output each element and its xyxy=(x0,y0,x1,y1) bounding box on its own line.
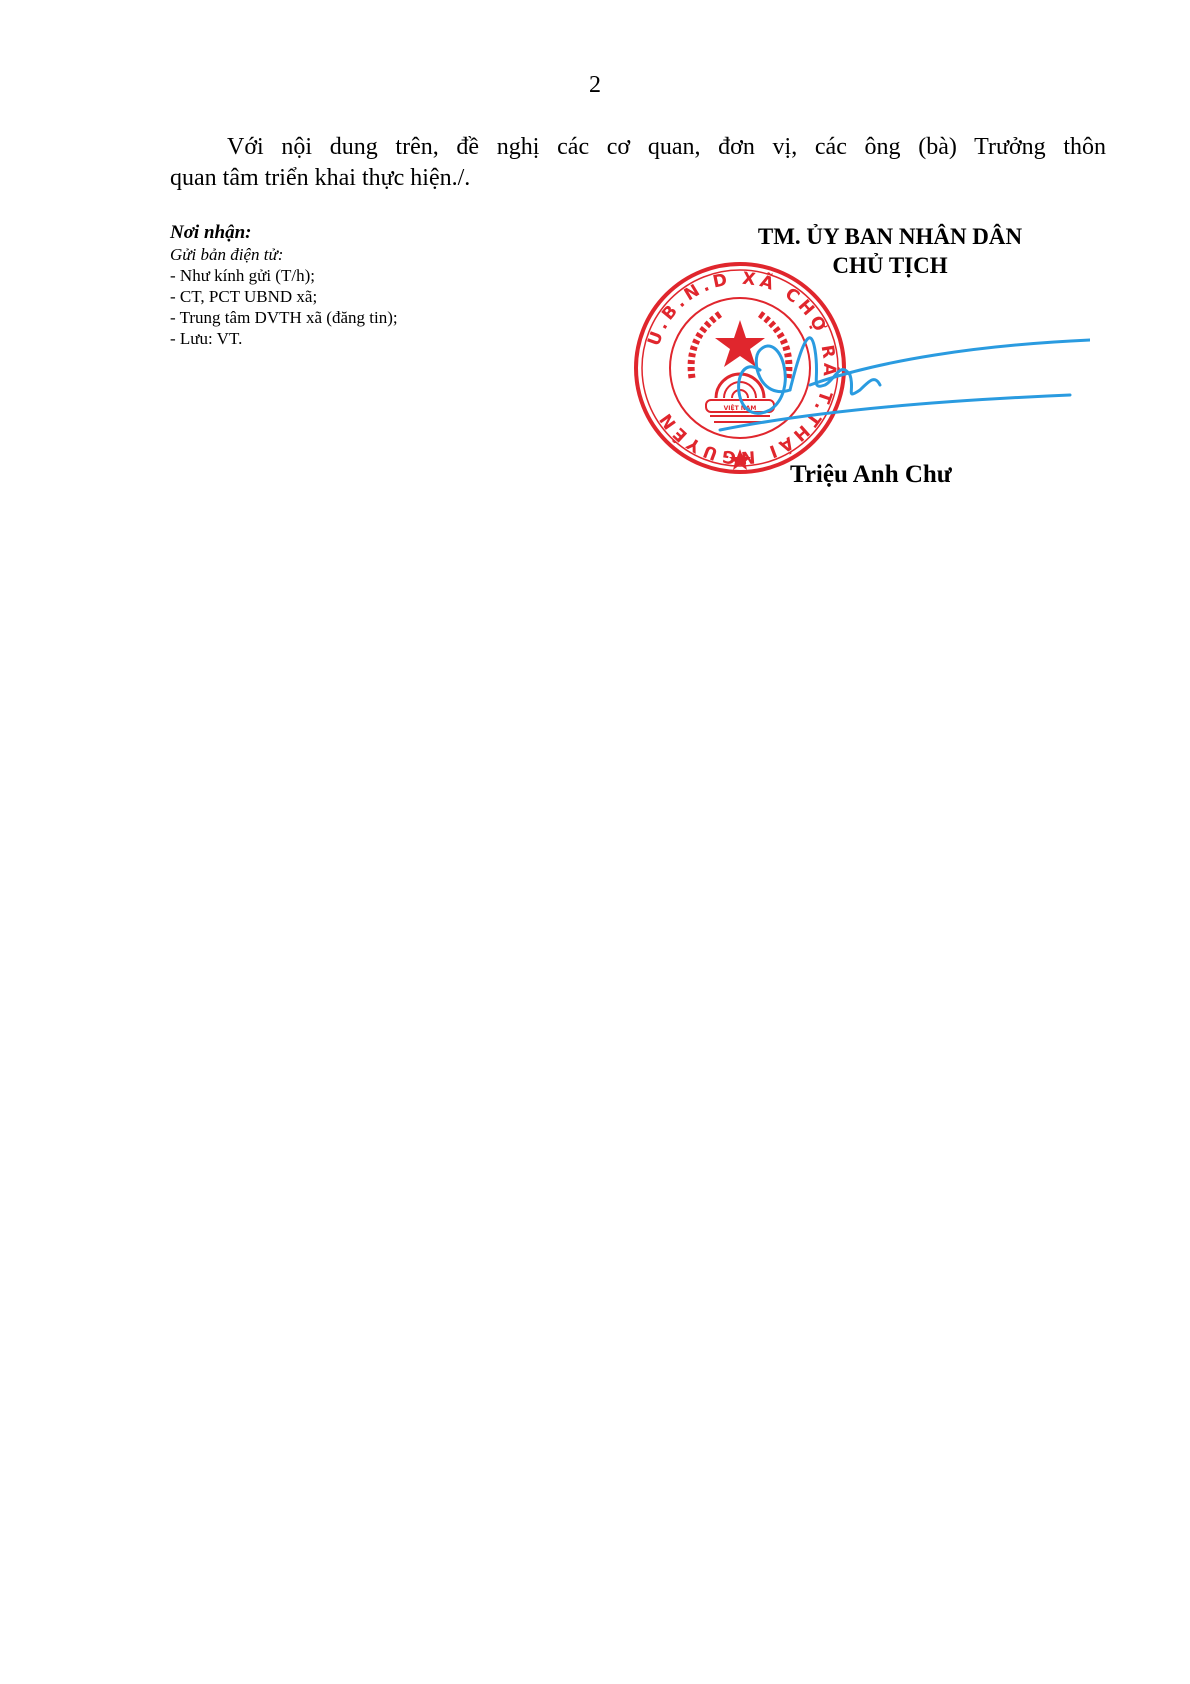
paragraph-line-2: quan tâm triển khai thực hiện./. xyxy=(170,165,470,191)
paragraph-line-1: Với nội dung trên, đề nghị các cơ quan, … xyxy=(170,132,1106,163)
recipients-title: Nơi nhận: xyxy=(170,222,398,244)
body-paragraph: Với nội dung trên, đề nghị các cơ quan, … xyxy=(170,132,1106,194)
recipient-item: - Trung tâm DVTH xã (đăng tin); xyxy=(170,307,398,328)
page-number: 2 xyxy=(0,72,1190,99)
recipients-subtitle: Gửi bản điện tử: xyxy=(170,244,398,265)
recipient-item: - Lưu: VT. xyxy=(170,328,398,349)
signer-name: Triệu Anh Chư xyxy=(790,461,952,489)
recipients-block: Nơi nhận: Gửi bản điện tử: - Như kính gử… xyxy=(170,222,398,349)
handwritten-signature-icon xyxy=(700,290,1090,460)
signature-org-line: TM. ỦY BAN NHÂN DÂN xyxy=(700,222,1080,251)
recipient-item: - Như kính gửi (T/h); xyxy=(170,265,398,286)
recipient-item: - CT, PCT UBND xã; xyxy=(170,286,398,307)
